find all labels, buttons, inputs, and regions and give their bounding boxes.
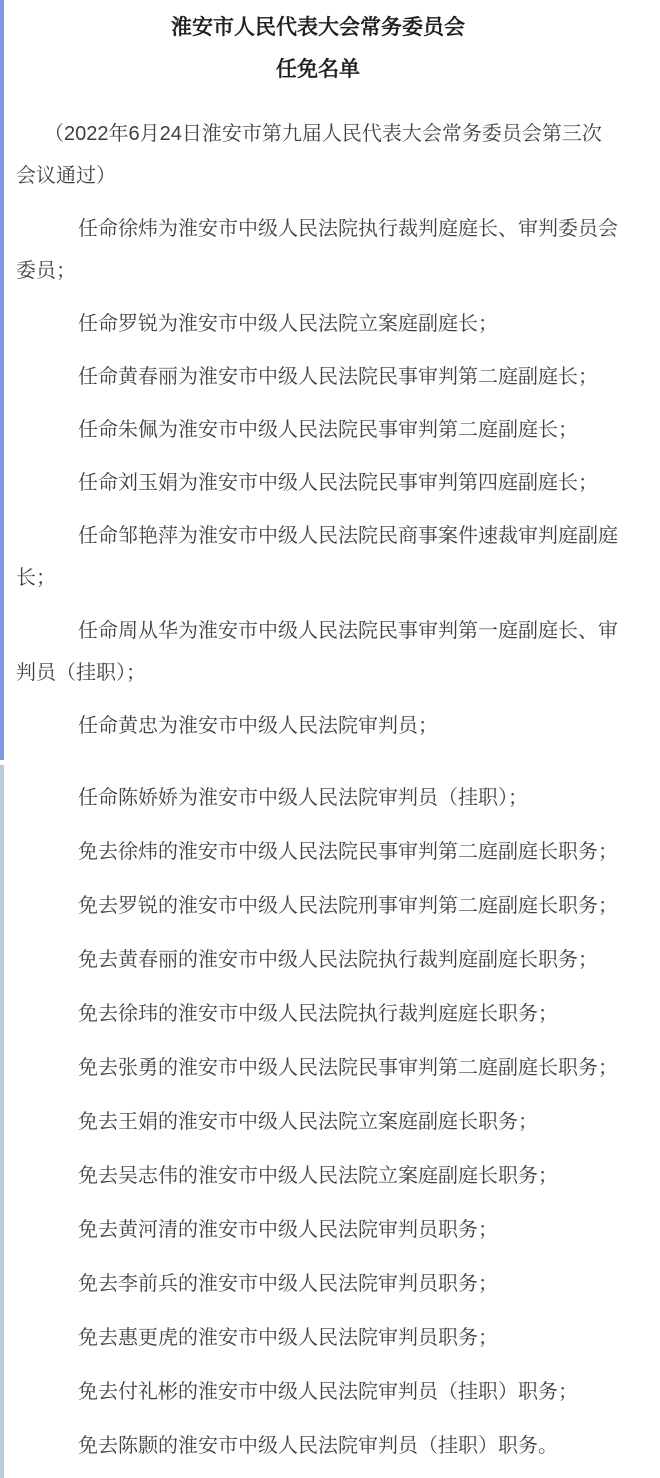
removal-item: 免去惠更虎的淮安市中级人民法院审判员职务； xyxy=(16,1317,620,1359)
appointment-item: 任命刘玉娟为淮安市中级人民法院民事审判第四庭副庭长； xyxy=(16,462,620,504)
appointment-item: 任命黄春丽为淮安市中级人民法院民事审判第二庭副庭长； xyxy=(16,356,620,398)
removal-item: 免去付礼彬的淮安市中级人民法院审判员（挂职）职务； xyxy=(16,1371,620,1413)
appointment-item: 任命邹艳萍为淮安市中级人民法院民商事案件速裁审判庭副庭长； xyxy=(16,515,620,599)
page-subtitle: 任免名单 xyxy=(16,52,620,88)
document-section-appointments: 淮安市人民代表大会常务委员会 任免名单 （2022年6月24日淮安市第九届人民代… xyxy=(0,0,660,760)
preamble-paragraph: （2022年6月24日淮安市第九届人民代表大会常务委员会第三次会议通过） xyxy=(16,113,620,197)
removal-item: 免去罗锐的淮安市中级人民法院刑事审判第二庭副庭长职务； xyxy=(16,885,620,927)
appointment-item: 任命朱佩为淮安市中级人民法院民事审判第二庭副庭长； xyxy=(16,409,620,451)
removal-item: 免去徐炜的淮安市中级人民法院民事审判第二庭副庭长职务； xyxy=(16,831,620,873)
removal-item: 免去李前兵的淮安市中级人民法院审判员职务； xyxy=(16,1263,620,1305)
removal-item: 免去徐玮的淮安市中级人民法院执行裁判庭庭长职务； xyxy=(16,993,620,1035)
removal-item: 免去张勇的淮安市中级人民法院民事审判第二庭副庭长职务； xyxy=(16,1047,620,1089)
removal-item: 免去黄春丽的淮安市中级人民法院执行裁判庭副庭长职务； xyxy=(16,939,620,981)
page-title: 淮安市人民代表大会常务委员会 xyxy=(16,10,620,46)
removal-item: 免去陈颢的淮安市中级人民法院审判员（挂职）职务。 xyxy=(16,1425,620,1467)
removal-item: 免去吴志伟的淮安市中级人民法院立案庭副庭长职务； xyxy=(16,1155,620,1197)
removal-item: 免去黄河清的淮安市中级人民法院审判员职务； xyxy=(16,1209,620,1251)
appointment-item: 任命陈娇娇为淮安市中级人民法院审判员（挂职）； xyxy=(16,777,620,819)
appointment-item: 任命罗锐为淮安市中级人民法院立案庭副庭长； xyxy=(16,303,620,345)
appointment-item: 任命周从华为淮安市中级人民法院民事审判第一庭副庭长、审判员（挂职）； xyxy=(16,610,620,694)
document-section-removals: 任命陈娇娇为淮安市中级人民法院审判员（挂职）； 免去徐炜的淮安市中级人民法院民事… xyxy=(0,765,660,1478)
appointment-item: 任命黄忠为淮安市中级人民法院审判员； xyxy=(16,705,620,747)
announcement-page: 淮安市人民代表大会常务委员会 任免名单 （2022年6月24日淮安市第九届人民代… xyxy=(0,0,660,1478)
appointment-item: 任命徐炜为淮安市中级人民法院执行裁判庭庭长、审判委员会委员； xyxy=(16,208,620,292)
removal-item: 免去王娟的淮安市中级人民法院立案庭副庭长职务； xyxy=(16,1101,620,1143)
